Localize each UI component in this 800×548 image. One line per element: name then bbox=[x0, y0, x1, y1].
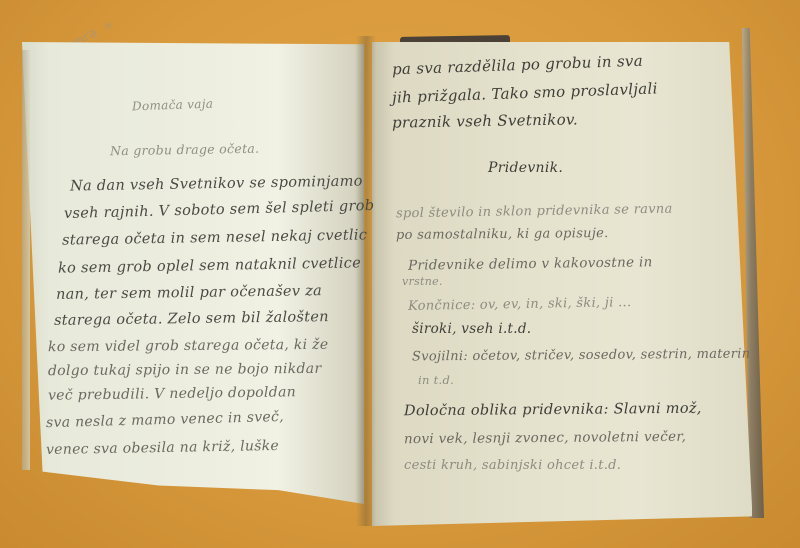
handwritten-line: in t.d. bbox=[418, 373, 454, 387]
handwritten-line: cesti kruh, sabinjski ohcet i.t.d. bbox=[404, 458, 621, 473]
spine-fold bbox=[356, 36, 376, 526]
handwritten-line: novi vek, lesnji zvonec, novoletni večer… bbox=[404, 429, 686, 447]
handwritten-line: Svojilni: očetov, stričev, sosedov, sest… bbox=[412, 347, 751, 365]
handwritten-line: Pridevnike delimo v kakovostne in bbox=[408, 254, 653, 273]
handwritten-line: praznik vseh Svetnikov. bbox=[392, 110, 578, 131]
open-notebook: Domača vaja Na grobu drage očeta. Na dan… bbox=[0, 0, 800, 548]
handwritten-line: ko sem videl grob starega očeta, ki že bbox=[48, 337, 329, 355]
section-title: Pridevnik. bbox=[488, 160, 563, 176]
handwritten-line: po samostalniku, ki ga opisuje. bbox=[396, 226, 609, 243]
handwritten-line: Določna oblika pridevnika: Slavni mož, bbox=[404, 401, 702, 420]
left-page-binding bbox=[22, 50, 30, 470]
left-subheading: Na grobu drage očeta. bbox=[110, 141, 260, 159]
handwritten-line: široki, vseh i.t.d. bbox=[412, 321, 531, 337]
handwritten-line: dolgo tukaj spijo in se ne bojo nikdar bbox=[48, 361, 322, 379]
handwritten-line: vrstne. bbox=[402, 275, 443, 288]
left-heading: Domača vaja bbox=[132, 97, 214, 114]
